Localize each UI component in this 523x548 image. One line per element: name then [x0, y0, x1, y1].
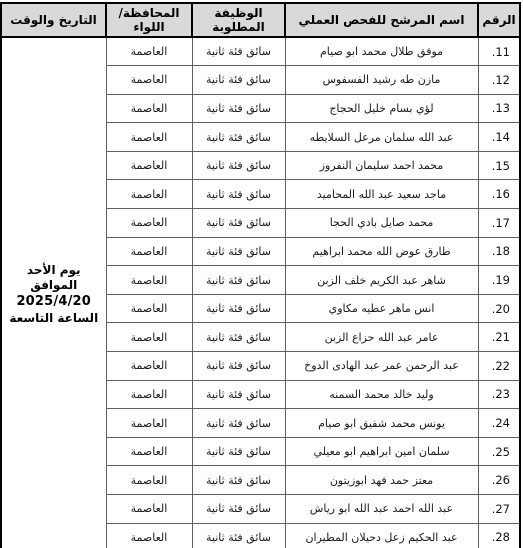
candidate-name-cell: محمد احمد سليمان النفروز: [285, 151, 478, 180]
job-cell: سائق فئة ثانية: [192, 466, 285, 495]
job-cell: سائق فئة ثانية: [192, 94, 285, 123]
header-row: الرقم اسم المرشح للفحص العملي الوظيفة ال…: [1, 3, 520, 37]
datetime-line1: يوم الأحد: [5, 263, 103, 279]
row-number-cell: 15.: [478, 151, 520, 180]
header-datetime: التاريخ والوقت: [1, 3, 106, 37]
datetime-line2: الموافق: [5, 278, 103, 294]
header-job: الوظيفة المطلوبة: [192, 3, 285, 37]
job-cell: سائق فئة ثانية: [192, 523, 285, 548]
candidate-name-cell: محمد صايل بادي الحجا: [285, 209, 478, 238]
table-body: 11. موفق طلال محمد ابو صيام سائق فئة ثان…: [1, 37, 520, 548]
governorate-cell: العاصمة: [106, 237, 192, 266]
row-number-cell: 23.: [478, 380, 520, 409]
table-header: الرقم اسم المرشح للفحص العملي الوظيفة ال…: [1, 3, 520, 37]
row-number-cell: 19.: [478, 266, 520, 295]
row-number-cell: 25.: [478, 437, 520, 466]
job-cell: سائق فئة ثانية: [192, 352, 285, 381]
row-number-cell: 17.: [478, 209, 520, 238]
table-row: 11. موفق طلال محمد ابو صيام سائق فئة ثان…: [1, 37, 520, 66]
governorate-cell: العاصمة: [106, 94, 192, 123]
candidate-name-cell: عامر عبد الله حزاع الزبن: [285, 323, 478, 352]
header-governorate: المحافظة/اللواء: [106, 3, 192, 37]
datetime-line3: 2025/4/20: [5, 294, 103, 311]
candidate-name-cell: طارق عوض الله محمد ابراهيم: [285, 237, 478, 266]
datetime-cell: يوم الأحدالموافق2025/4/20الساعة التاسعة: [1, 37, 106, 548]
governorate-cell: العاصمة: [106, 352, 192, 381]
job-cell: سائق فئة ثانية: [192, 495, 285, 524]
job-cell: سائق فئة ثانية: [192, 123, 285, 152]
governorate-cell: العاصمة: [106, 380, 192, 409]
row-number-cell: 21.: [478, 323, 520, 352]
job-cell: سائق فئة ثانية: [192, 409, 285, 438]
governorate-cell: العاصمة: [106, 437, 192, 466]
candidate-name-cell: يونس محمد شفيق ابو صيام: [285, 409, 478, 438]
candidate-name-cell: لؤي بسام خليل الحجاج: [285, 94, 478, 123]
row-number-cell: 12.: [478, 66, 520, 95]
governorate-cell: العاصمة: [106, 180, 192, 209]
row-number-cell: 24.: [478, 409, 520, 438]
candidate-name-cell: وليد خالد محمد السمنه: [285, 380, 478, 409]
governorate-cell: العاصمة: [106, 495, 192, 524]
candidate-name-cell: انس ماهر عطيه مكاوي: [285, 294, 478, 323]
job-cell: سائق فئة ثانية: [192, 209, 285, 238]
candidate-name-cell: عبد الله احمد عبد الله ابو رياش: [285, 495, 478, 524]
governorate-cell: العاصمة: [106, 409, 192, 438]
row-number-cell: 18.: [478, 237, 520, 266]
job-cell: سائق فئة ثانية: [192, 266, 285, 295]
candidate-name-cell: عبد الرحمن عمر عبد الهادى الدوخ: [285, 352, 478, 381]
candidate-name-cell: موفق طلال محمد ابو صيام: [285, 37, 478, 66]
candidates-table: الرقم اسم المرشح للفحص العملي الوظيفة ال…: [0, 2, 521, 548]
candidate-name-cell: معتز حمد فهد ابوزيتون: [285, 466, 478, 495]
governorate-cell: العاصمة: [106, 323, 192, 352]
job-cell: سائق فئة ثانية: [192, 37, 285, 66]
header-number: الرقم: [478, 3, 520, 37]
candidate-name-cell: مازن طه رشيد الفسفوس: [285, 66, 478, 95]
governorate-cell: العاصمة: [106, 209, 192, 238]
row-number-cell: 22.: [478, 352, 520, 381]
governorate-cell: العاصمة: [106, 66, 192, 95]
row-number-cell: 28.: [478, 523, 520, 548]
candidate-name-cell: ماجد سعيد عبد الله المحاميد: [285, 180, 478, 209]
candidate-name-cell: شاهر عبد الكريم خلف الزبن: [285, 266, 478, 295]
job-cell: سائق فئة ثانية: [192, 66, 285, 95]
row-number-cell: 13.: [478, 94, 520, 123]
governorate-cell: العاصمة: [106, 151, 192, 180]
candidate-name-cell: عبد الحكيم زعل دحيلان المطيران: [285, 523, 478, 548]
governorate-cell: العاصمة: [106, 37, 192, 66]
row-number-cell: 16.: [478, 180, 520, 209]
governorate-cell: العاصمة: [106, 466, 192, 495]
governorate-cell: العاصمة: [106, 523, 192, 548]
row-number-cell: 27.: [478, 495, 520, 524]
job-cell: سائق فئة ثانية: [192, 151, 285, 180]
candidate-name-cell: عبد الله سلمان مرعل السلايطه: [285, 123, 478, 152]
header-candidate-name: اسم المرشح للفحص العملي: [285, 3, 478, 37]
row-number-cell: 11.: [478, 37, 520, 66]
row-number-cell: 14.: [478, 123, 520, 152]
job-cell: سائق فئة ثانية: [192, 380, 285, 409]
job-cell: سائق فئة ثانية: [192, 323, 285, 352]
governorate-cell: العاصمة: [106, 266, 192, 295]
candidate-name-cell: سلمان امين ابراهيم ابو معيلي: [285, 437, 478, 466]
datetime-line4: الساعة التاسعة: [5, 311, 103, 327]
job-cell: سائق فئة ثانية: [192, 180, 285, 209]
row-number-cell: 20.: [478, 294, 520, 323]
governorate-cell: العاصمة: [106, 294, 192, 323]
job-cell: سائق فئة ثانية: [192, 437, 285, 466]
job-cell: سائق فئة ثانية: [192, 237, 285, 266]
job-cell: سائق فئة ثانية: [192, 294, 285, 323]
governorate-cell: العاصمة: [106, 123, 192, 152]
row-number-cell: 26.: [478, 466, 520, 495]
